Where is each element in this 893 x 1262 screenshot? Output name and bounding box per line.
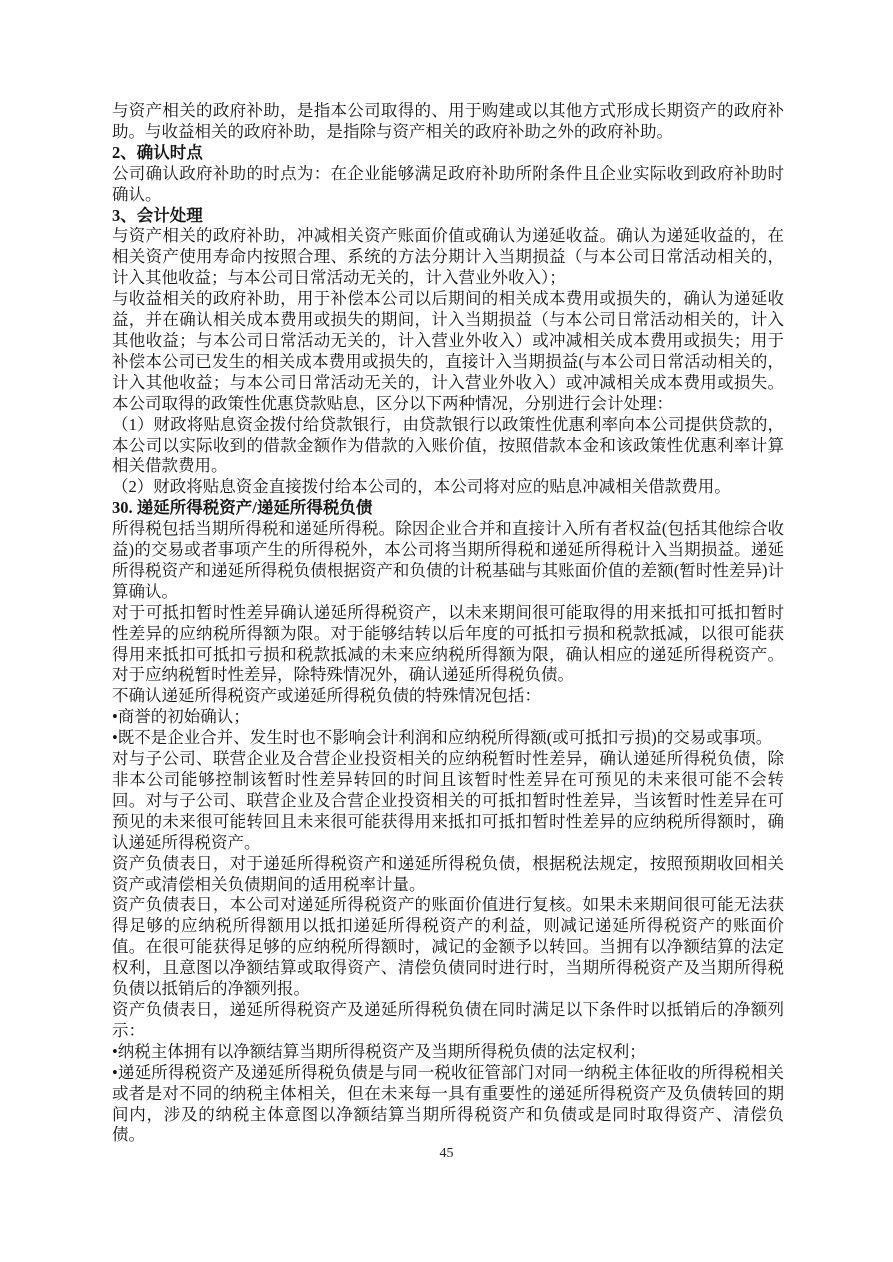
paragraph-subsidiary-investment-differences: 对与子公司、联营企业及合营企业投资相关的应纳税暂时性差异，确认递延所得税负债，除… (112, 749, 784, 854)
paragraph-interest-subsidy-case-1: （1）财政将贴息资金拨付给贷款银行，由贷款银行以政策性优惠利率向本公司提供贷款的… (112, 415, 784, 478)
paragraph-recognition-timing: 公司确认政府补助的时点为：在企业能够满足政府补助所附条件且企业实际收到政府补助时… (112, 164, 784, 206)
paragraph-income-related-subsidy: 与收益相关的政府补助，用于补偿本公司以后期间的相关成本费用或损失的，确认为递延收… (112, 289, 784, 414)
paragraph-offset-conditions-intro: 资产负债表日，递延所得税资产及递延所得税负债在同时满足以下条件时以抵销后的净额列… (112, 1000, 784, 1042)
bullet-legal-right-to-offset: •纳税主体拥有以净额结算当期所得税资产及当期所得税负债的法定权利； (112, 1042, 784, 1063)
content-area: 与资产相关的政府补助，是指本公司取得的、用于购建或以其他方式形成长期资产的政府补… (112, 101, 784, 1146)
paragraph-asset-related-subsidy: 与资产相关的政府补助，冲减相关资产账面价值或确认为递延收益。确认为递延收益的，在… (112, 226, 784, 289)
paragraph-balance-sheet-date-tax-rate: 资产负债表日，对于递延所得税资产和递延所得税负债，根据税法规定，按照预期收回相关… (112, 854, 784, 896)
paragraph-income-tax-overview: 所得税包括当期所得税和递延所得税。除因企业合并和直接计入所有者权益(包括其他综合… (112, 519, 784, 603)
heading-recognition-timing: 2、确认时点 (112, 143, 784, 164)
bullet-non-business-combination: •既不是企业合并、发生时也不影响会计利润和应纳税所得额(或可抵扣亏损)的交易或事… (112, 728, 784, 749)
heading-deferred-income-tax-section: 30. 递延所得税资产/递延所得税负债 (112, 498, 784, 519)
bullet-same-tax-authority: •递延所得税资产及递延所得税负债是与同一税收征管部门对同一纳税主体征收的所得税相… (112, 1063, 784, 1147)
paragraph-special-cases-intro: 不确认递延所得税资产或递延所得税负债的特殊情况包括： (112, 686, 784, 707)
document-page: 与资产相关的政府补助，是指本公司取得的、用于购建或以其他方式形成长期资产的政府补… (0, 0, 893, 1262)
page-number: 45 (0, 1146, 893, 1162)
paragraph-government-subsidy-definition: 与资产相关的政府补助，是指本公司取得的、用于购建或以其他方式形成长期资产的政府补… (112, 101, 784, 143)
paragraph-carrying-amount-review: 资产负债表日，本公司对递延所得税资产的账面价值进行复核。如果未来期间很可能无法获… (112, 895, 784, 1000)
paragraph-deductible-temporary-differences: 对于可抵扣暂时性差异确认递延所得税资产，以未来期间很可能取得的用来抵扣可抵扣暂时… (112, 603, 784, 687)
paragraph-interest-subsidy-case-2: （2）财政将贴息资金直接拨付给本公司的，本公司将对应的贴息冲减相关借款费用。 (112, 477, 784, 498)
heading-accounting-treatment: 3、会计处理 (112, 206, 784, 227)
bullet-goodwill-initial-recognition: •商誉的初始确认； (112, 707, 784, 728)
